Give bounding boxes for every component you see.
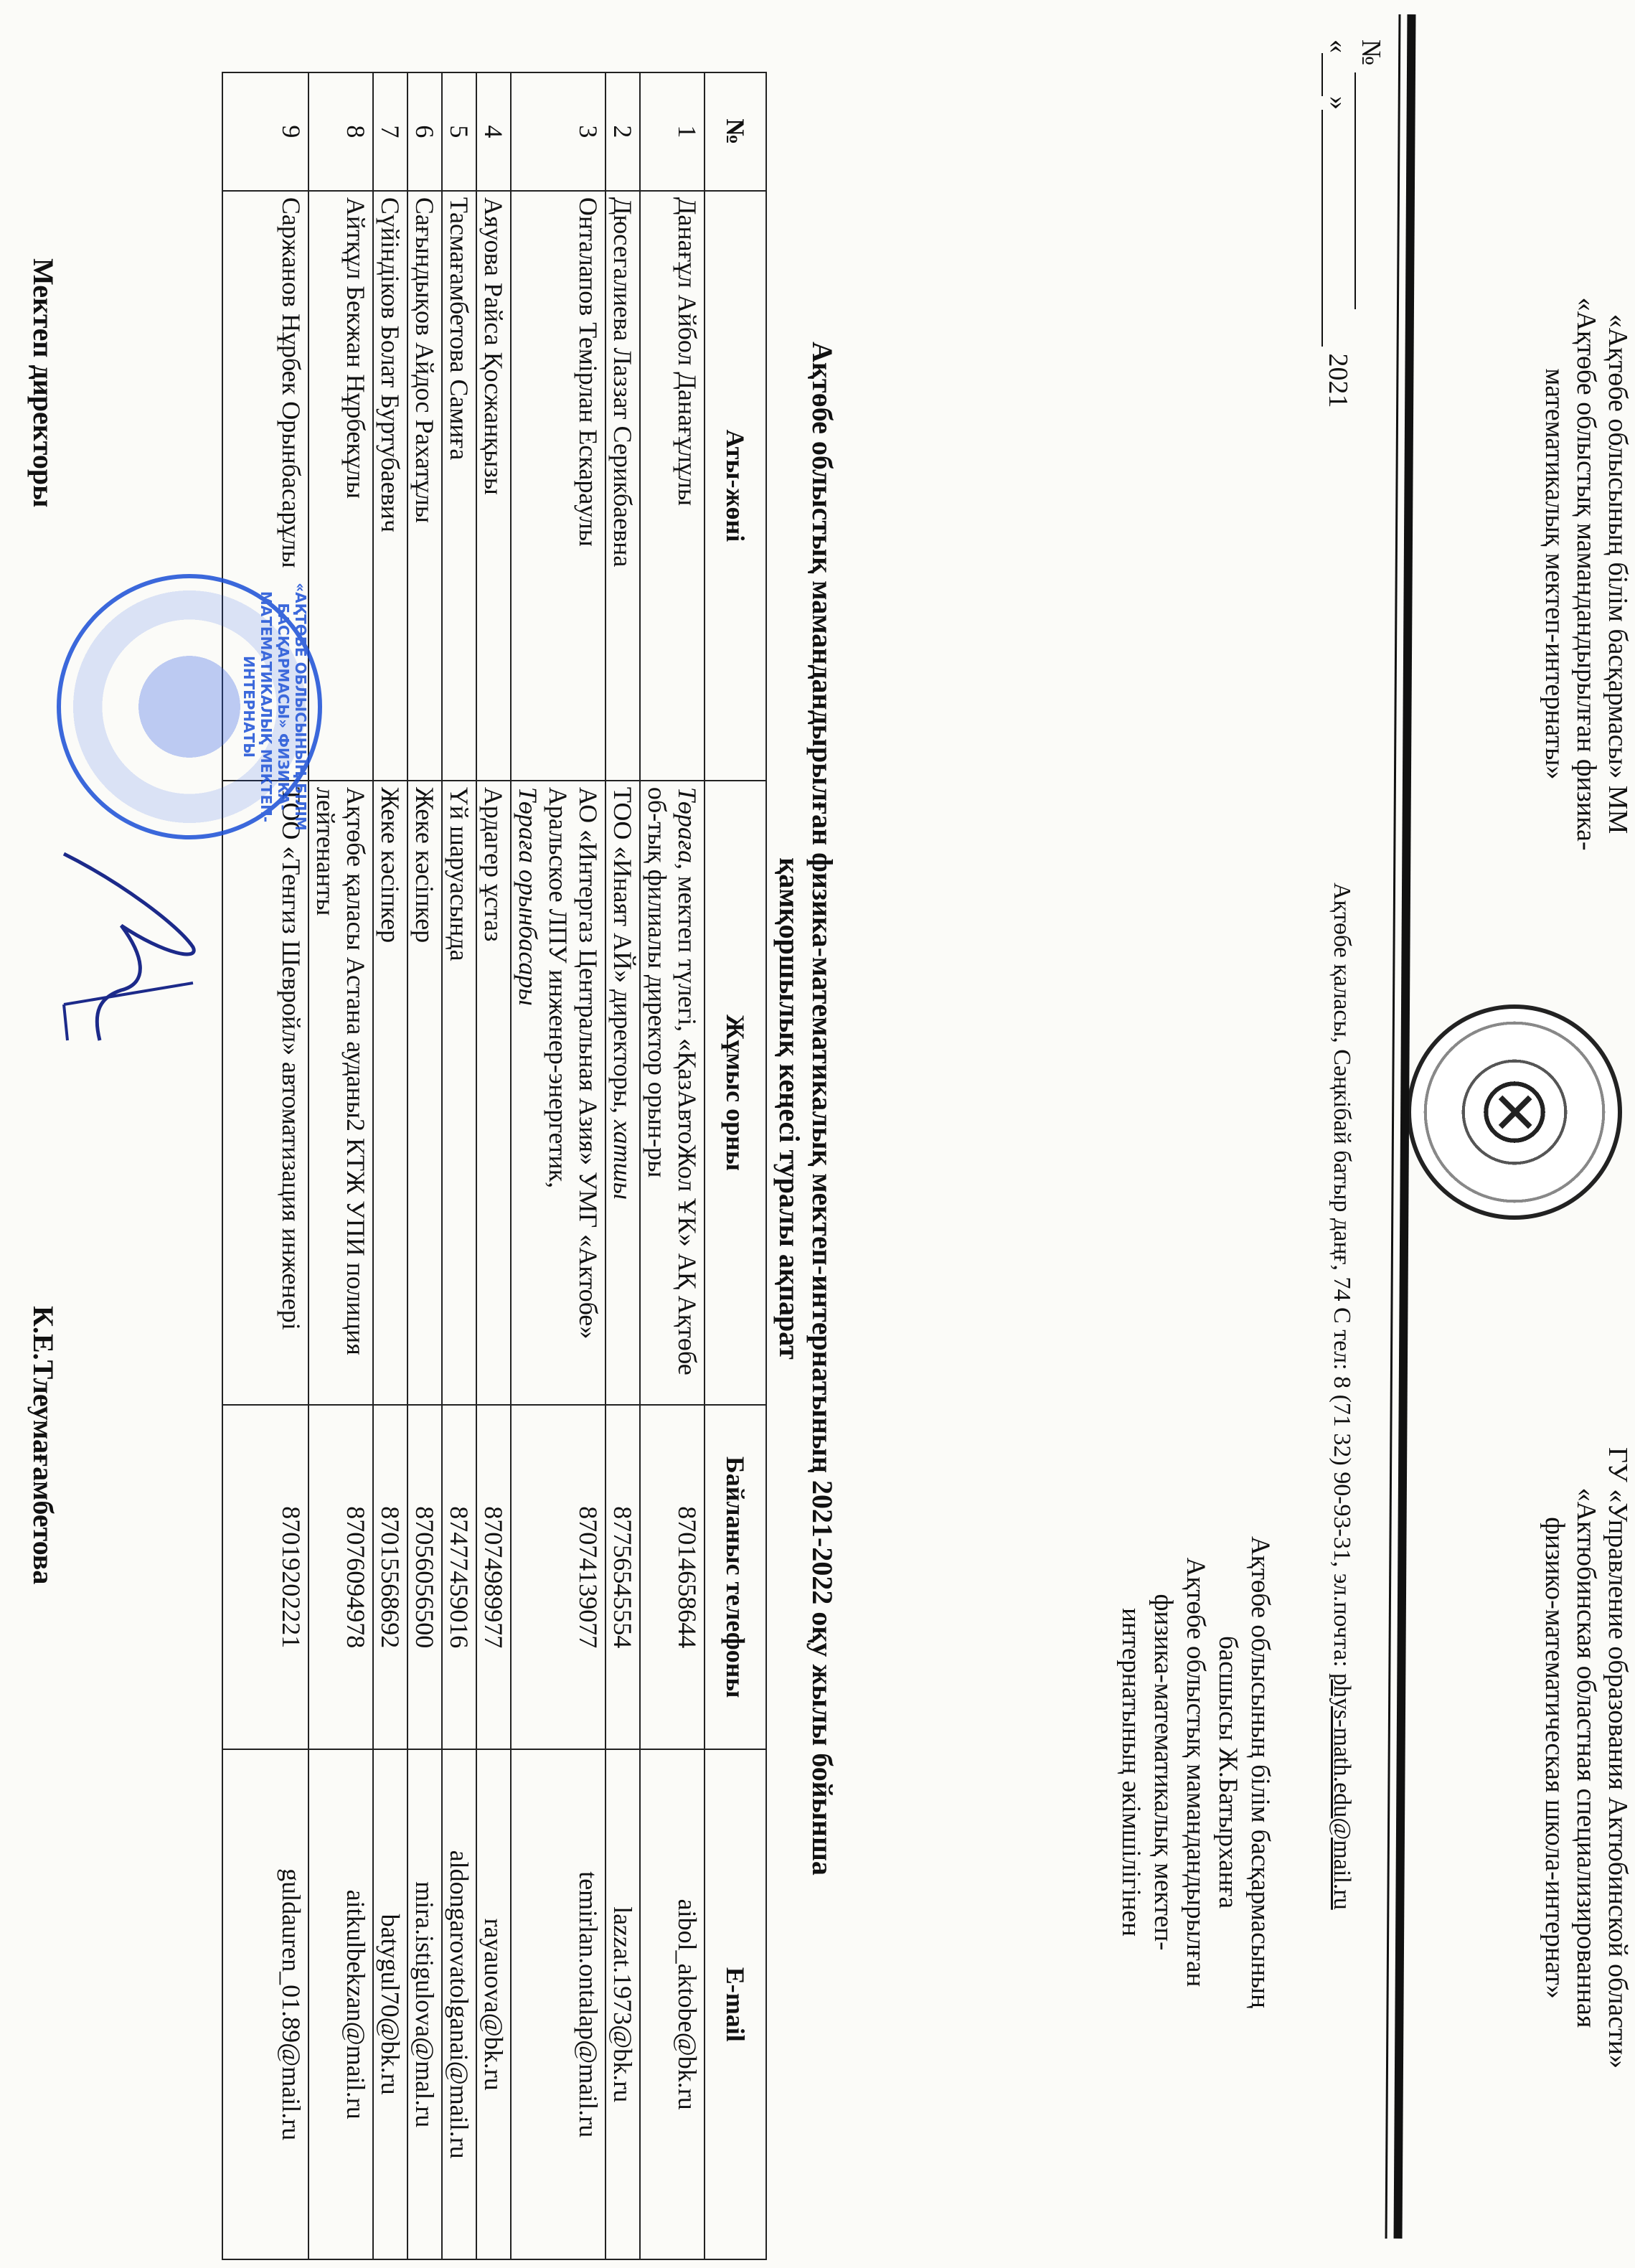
table-row: 7 Сүйіндіков Болат Буртубаевич Жеке кәсі…	[373, 72, 407, 2259]
row-workplace: ТОО «Тенгиз Шевройл» автоматизация инжен…	[222, 781, 308, 1405]
letterhead-kazakh: «Ақтөбе облысының білім басқармасы» ММ «…	[1539, 215, 1634, 933]
letterhead-kazakh-line-2: «Ақтөбе облыстық мамандандырылған физика…	[1570, 215, 1602, 933]
row-email[interactable]: aibol_aktobe@bk.ru	[640, 1749, 705, 2259]
letterhead-russian-line-1: ГУ «Управление образования Актюбинской о…	[1602, 1399, 1634, 2117]
row-role: хатшы	[608, 1120, 637, 1200]
table-row: 1 Данағұл Айбол Данағұлұлы Төраға, мекте…	[640, 72, 705, 2259]
row-workplace: Төраға, мектеп түлегі, «ҚазАвтоЖол ҰК» А…	[640, 781, 705, 1405]
row-workplace-text: АО «Интергаз Центральная Азия» УМГ «Акто…	[544, 787, 603, 1339]
school-address: Ақтөбе қаласы, Сәңкібай батыр даңғ, 74 С…	[1328, 883, 1355, 1910]
ref-number-blank	[1354, 72, 1377, 309]
row-workplace-text: ТОО «Инаят АЙ» директоры,	[608, 787, 637, 1120]
stamp-text: «АҚТӨБЕ ОБЛЫСЫНЫҢ БІЛІМ БАСҚАРМАСЫ» ФИЗИ…	[240, 578, 309, 835]
row-email[interactable]: aldongarovatolganai@mail.ru	[442, 1749, 476, 2259]
letterhead-russian-line-3: физико-математическая школа-интернат»	[1539, 1399, 1570, 2117]
ref-number-label: №	[1356, 39, 1386, 65]
letterhead-russian-line-2: «Актюбинская областная специализированна…	[1570, 1399, 1602, 2117]
row-email[interactable]: batygul70@bk.ru	[373, 1749, 407, 2259]
row-workplace: Жеке кәсіпкер	[407, 781, 442, 1405]
row-phone: 87756545554	[606, 1405, 640, 1749]
row-workplace: Ардагер ұстаз	[476, 781, 511, 1405]
address-text: Ақтөбе қаласы, Сәңкібай батыр даңғ, 74 С…	[1329, 883, 1355, 1673]
row-number: 3	[511, 72, 606, 191]
row-number: 4	[476, 72, 511, 191]
row-phone: 87076094978	[308, 1405, 373, 1749]
ref-year: 2021	[1323, 354, 1353, 408]
addressee-line: Ақтөбе облыстық мамандандырылған	[1179, 1485, 1212, 2059]
addressee-block: Ақтөбе облысының білім басқармасының бас…	[1115, 1485, 1276, 2059]
row-email[interactable]: lazzat.1973@bk.ru	[606, 1749, 640, 2259]
row-number: 8	[308, 72, 373, 191]
row-email[interactable]: mira.istigulova@mal.ru	[407, 1749, 442, 2259]
row-workplace: Жеке кәсіпкер	[373, 781, 407, 1405]
table-row: 6 Сағындықов Айдос Рахатұлы Жеке кәсіпке…	[407, 72, 442, 2259]
row-workplace: АО «Интергаз Центральная Азия» УМГ «Акто…	[511, 781, 606, 1405]
table-row: 2 Дюсегалиева Лаззат Серикбаевна ТОО «Ин…	[606, 72, 640, 2259]
row-name: Онталапов Темірлан Ескарaулы	[511, 191, 606, 781]
row-email[interactable]: temirlan.ontalap@mail.ru	[511, 1749, 606, 2259]
table-row: 5 Тасмағамбетова Самиға Үй шаруасында 87…	[442, 72, 476, 2259]
official-seal-stamp: «АҚТӨБЕ ОБЛЫСЫНЫҢ БІЛІМ БАСҚАРМАСЫ» ФИЗИ…	[57, 574, 322, 839]
row-workplace: Үй шаруасында	[442, 781, 476, 1405]
row-name: Сағындықов Айдос Рахатұлы	[407, 191, 442, 781]
row-number: 7	[373, 72, 407, 191]
row-phone: 87477459016	[442, 1405, 476, 1749]
row-number: 9	[222, 72, 308, 191]
table-row: 4 Аяуова Райса Қосжанқызы Ардагер ұстаз …	[476, 72, 511, 2259]
addressee-line: физика-математикалық мектеп-	[1147, 1485, 1179, 2059]
row-phone: 87019202221	[222, 1405, 308, 1749]
ref-date-open: «	[1323, 39, 1353, 53]
row-number: 1	[640, 72, 705, 191]
row-number: 5	[442, 72, 476, 191]
school-email-link[interactable]: phys-math.edu@mail.ru	[1329, 1673, 1355, 1910]
signatory-name: К.Е.Тлеумағамбетова	[27, 1306, 60, 1584]
ref-date-close: »	[1323, 96, 1353, 110]
row-phone: 87056056500	[407, 1405, 442, 1749]
header-phone: Байланыс телефоны	[705, 1405, 766, 1749]
letterhead-kazakh-line-1: «Ақтөбе облысының білім басқармасы» ММ	[1602, 215, 1634, 933]
row-email[interactable]: guldauren_01.89@mail.ru	[222, 1749, 308, 2259]
document-title-line-1: Ақтөбе облыстық мамандандырылған физика-…	[806, 230, 839, 1987]
row-name: Дюсегалиева Лаззат Серикбаевна	[606, 191, 640, 781]
row-phone: 87074989977	[476, 1405, 511, 1749]
director-signature-icon	[50, 839, 207, 1055]
table-header-row: № Аты-жөні Жұмыс орны Байланыс телефоны …	[705, 72, 766, 2259]
row-phone: 87074139077	[511, 1405, 606, 1749]
addressee-line: басшысы Ж.Батырханға	[1212, 1485, 1244, 2059]
header-number: №	[705, 72, 766, 191]
row-phone: 87015568692	[373, 1405, 407, 1749]
table-row: 8 Айтқұл Бекжан Нұрбекұлы Ақтөбе қаласы …	[308, 72, 373, 2259]
row-role: Төраға орынбасары	[514, 787, 542, 1006]
row-email[interactable]: rayauova@bk.ru	[476, 1749, 511, 2259]
ref-day-blank	[1321, 53, 1344, 96]
row-name: Данағұл Айбол Данағұлұлы	[640, 191, 705, 781]
row-phone: 87014658644	[640, 1405, 705, 1749]
row-email[interactable]: aitkulbekzan@mail.ru	[308, 1749, 373, 2259]
row-workplace-text: мектеп түлегі, «ҚазАвтоЖол ҰК» АҚ Ақтөбе…	[643, 787, 702, 1375]
table-row: 3 Онталапов Темірлан Ескарaулы АО «Интер…	[511, 72, 606, 2259]
letterhead-kazakh-line-3: математикалық мектеп-интернаты»	[1539, 215, 1570, 933]
header-workplace: Жұмыс орны	[705, 781, 766, 1405]
row-number: 2	[606, 72, 640, 191]
row-role: Төраға,	[673, 787, 702, 870]
row-workplace: Ақтөбе қаласы Астана ауданы2 КТЖ УПИ пол…	[308, 781, 373, 1405]
addressee-line: Ақтөбе облысының білім басқармасының	[1244, 1485, 1276, 2059]
signatory-role: Мектеп директоры	[27, 258, 60, 507]
table-row: 9 Саржанов Нұрбек Орынбасарұлы ТОО «Тенг…	[222, 72, 308, 2259]
addressee-line: интернатының әкімшілігінен	[1115, 1485, 1147, 2059]
header-email: E-mail	[705, 1749, 766, 2259]
row-number: 6	[407, 72, 442, 191]
row-name: Аяуова Райса Қосжанқызы	[476, 191, 511, 781]
letterhead-russian: ГУ «Управление образования Актюбинской о…	[1539, 1399, 1634, 2117]
reference-block: № «» 2021	[1321, 39, 1387, 408]
document-title: Ақтөбе облыстық мамандандырылған физика-…	[773, 230, 839, 1987]
ref-month-blank	[1321, 110, 1344, 347]
row-name: Тасмағамбетова Самиға	[442, 191, 476, 781]
row-workplace: ТОО «Инаят АЙ» директоры, хатшы	[606, 781, 640, 1405]
state-emblem-icon	[1407, 1004, 1622, 1220]
row-name: Сүйіндіков Болат Буртубаевич	[373, 191, 407, 781]
document-title-line-2: қамқоршылық кеңесі туралы ақпарат	[773, 230, 806, 1987]
trustees-table: № Аты-жөні Жұмыс орны Байланыс телефоны …	[222, 72, 767, 2260]
scanned-letter-page: «Ақтөбе облысының білім басқармасы» ММ «…	[0, 0, 1635, 2268]
header-full-name: Аты-жөні	[705, 191, 766, 781]
